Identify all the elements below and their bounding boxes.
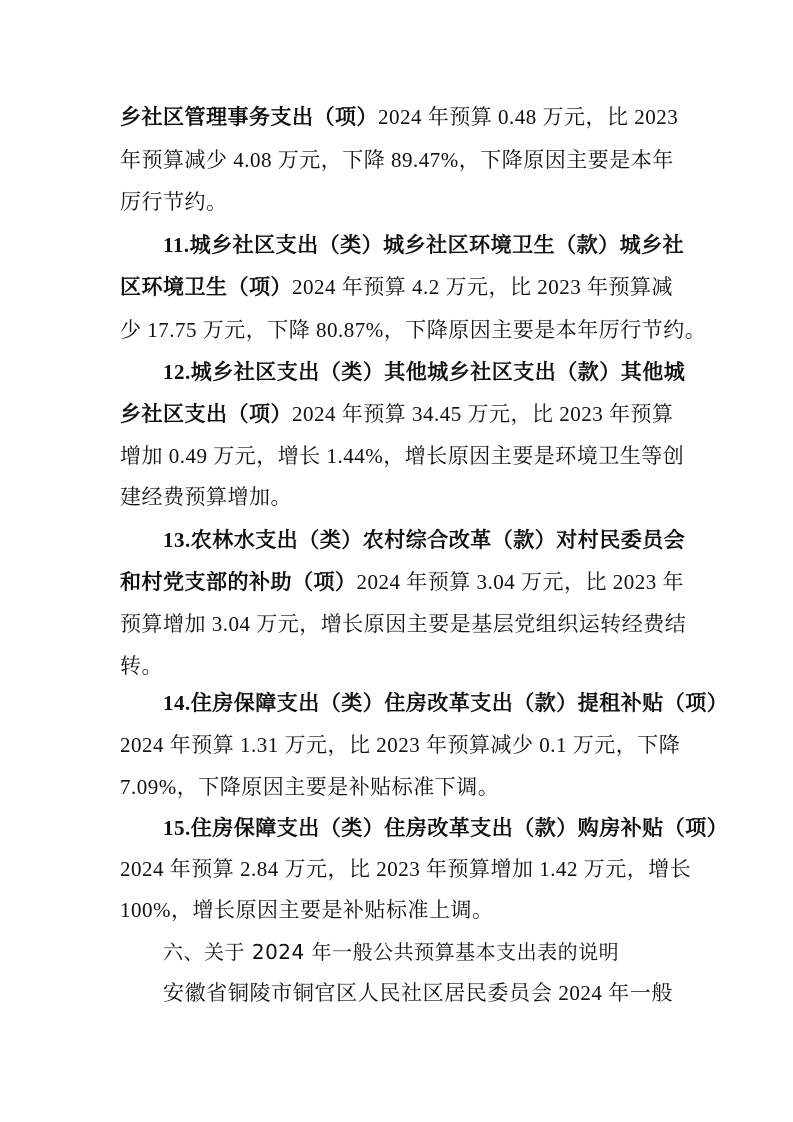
paragraph-15-line-2: 2024 年预算 2.84 万元，比 2023 年预算增加 1.42 万元，增长: [120, 854, 673, 884]
item-title: 乡社区管理事务支出（项）: [120, 105, 378, 129]
paragraph-11-line-2: 区环境卫生（项）2024 年预算 4.2 万元，比 2023 年预算减: [120, 272, 673, 302]
item-text: 建经费预算增加。: [120, 485, 292, 509]
paragraph-12-line-3: 增加 0.49 万元，增长 1.44%，增长原因主要是环境卫生等创: [120, 441, 673, 471]
paragraph-14-line-3: 7.09%，下降原因主要是补贴标准下调。: [120, 772, 673, 802]
paragraph-14-line-1: 14.住房保障支出（类）住房改革支出（款）提租补贴（项）: [163, 688, 673, 718]
item-text: 2024 年预算 34.45 万元，比 2023 年预算: [292, 402, 674, 426]
item-text: 2024 年预算 3.04 万元，比 2023 年: [357, 570, 685, 594]
item-title: 12.城乡社区支出（类）其他城乡社区支出（款）其他城: [163, 360, 685, 384]
paragraph-11-line-1: 11.城乡社区支出（类）城乡社区环境卫生（款）城乡社: [163, 230, 673, 260]
paragraph-12-line-2: 乡社区支出（项）2024 年预算 34.45 万元，比 2023 年预算: [120, 399, 673, 429]
item-title: 乡社区支出（项）: [120, 402, 292, 426]
paragraph-15-line-1: 15.住房保障支出（类）住房改革支出（款）购房补贴（项）: [163, 813, 673, 843]
item-text: 7.09%，下降原因主要是补贴标准下调。: [120, 775, 499, 799]
paragraph-10-line-2: 年预算减少 4.08 万元，下降 89.47%，下降原因主要是本年: [120, 145, 673, 175]
item-text: 预算增加 3.04 万元，增长原因主要是基层党组织运转经费结: [120, 612, 686, 636]
item-text: 年预算减少 4.08 万元，下降 89.47%，下降原因主要是本年: [120, 148, 674, 172]
item-title: 11.城乡社区支出（类）城乡社区环境卫生（款）城乡社: [163, 233, 684, 257]
item-title: 和村党支部的补助（项）: [120, 570, 357, 594]
item-text: 2024 年预算 0.48 万元，比 2023: [378, 105, 678, 129]
item-text: 2024 年预算 2.84 万元，比 2023 年预算增加 1.42 万元，增长: [120, 857, 691, 881]
paragraph-14-line-2: 2024 年预算 1.31 万元，比 2023 年预算减少 0.1 万元，下降: [120, 730, 673, 760]
item-text: 增加 0.49 万元，增长 1.44%，增长原因主要是环境卫生等创: [120, 444, 684, 468]
paragraph-12-line-1: 12.城乡社区支出（类）其他城乡社区支出（款）其他城: [163, 357, 673, 387]
paragraph-11-line-3: 少 17.75 万元，下降 80.87%，下降原因主要是本年厉行节约。: [120, 315, 673, 345]
item-title: 14.住房保障支出（类）住房改革支出（款）提租补贴（项）: [163, 691, 728, 715]
paragraph-15-line-3: 100%，增长原因主要是补贴标准上调。: [120, 895, 673, 925]
item-text: 厉行节约。: [120, 190, 228, 214]
item-text: 转。: [120, 654, 163, 678]
item-text: 少 17.75 万元，下降 80.87%，下降原因主要是本年厉行节约。: [120, 318, 706, 342]
paragraph-10-line-1: 乡社区管理事务支出（项）2024 年预算 0.48 万元，比 2023: [120, 102, 673, 132]
paragraph-13-line-3: 预算增加 3.04 万元，增长原因主要是基层党组织运转经费结: [120, 609, 673, 639]
item-text: 100%，增长原因主要是补贴标准上调。: [120, 898, 494, 922]
document-page: 乡社区管理事务支出（项）2024 年预算 0.48 万元，比 2023 年预算减…: [0, 0, 793, 1122]
item-title: 15.住房保障支出（类）住房改革支出（款）购房补贴（项）: [163, 816, 728, 840]
section-body-line-1: 安徽省铜陵市铜官区人民社区居民委员会 2024 年一般: [163, 978, 673, 1008]
item-text: 2024 年预算 4.2 万元，比 2023 年预算减: [292, 275, 673, 299]
paragraph-13-line-2: 和村党支部的补助（项）2024 年预算 3.04 万元，比 2023 年: [120, 567, 673, 597]
paragraph-13-line-4: 转。: [120, 651, 673, 681]
item-text: 2024 年预算 1.31 万元，比 2023 年预算减少 0.1 万元，下降: [120, 733, 680, 757]
paragraph-10-line-3: 厉行节约。: [120, 187, 673, 217]
paragraph-13-line-1: 13.农林水支出（类）农村综合改革（款）对村民委员会: [163, 525, 673, 555]
paragraph-12-line-4: 建经费预算增加。: [120, 482, 673, 512]
item-title: 13.农林水支出（类）农村综合改革（款）对村民委员会: [163, 528, 685, 552]
section-heading: 六、关于 2024 年一般公共预算基本支出表的说明: [163, 937, 673, 967]
item-title: 区环境卫生（项）: [120, 275, 292, 299]
